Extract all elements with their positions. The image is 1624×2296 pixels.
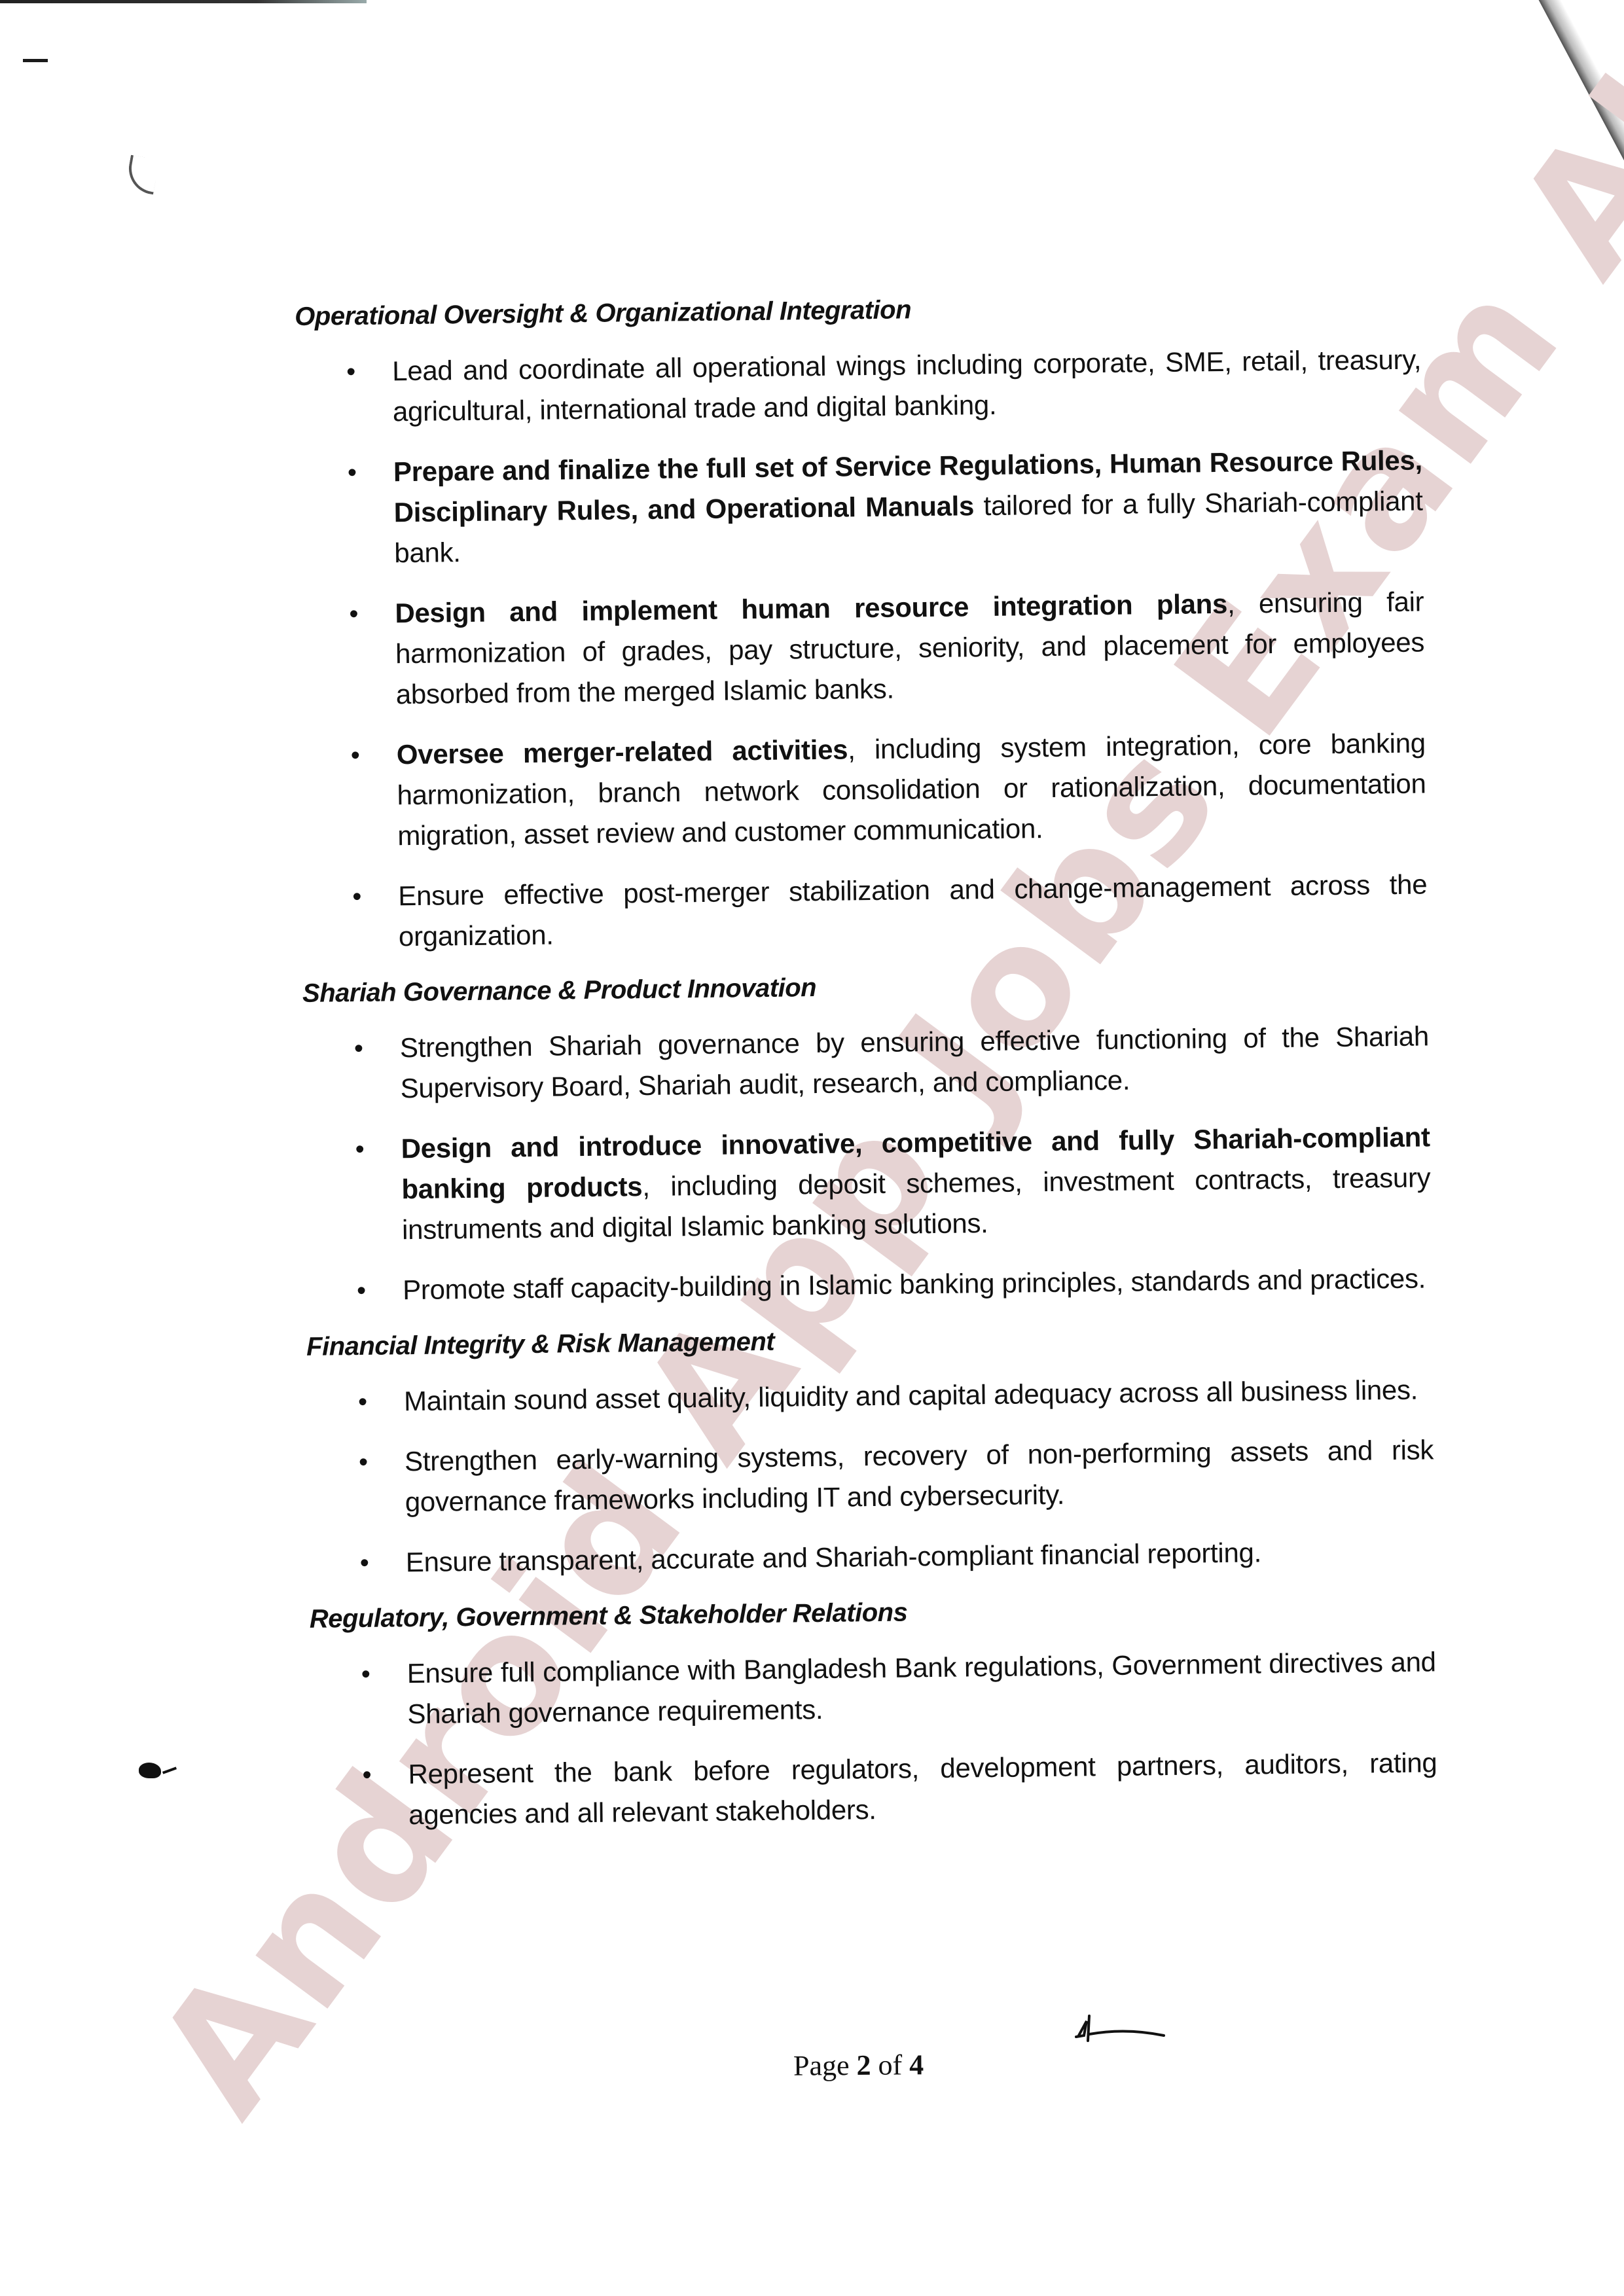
list-item: •Design and introduce innovative, compet…	[304, 1117, 1431, 1251]
of-label: of	[878, 2049, 902, 2081]
section-heading: Regulatory, Government & Stakeholder Rel…	[310, 1590, 1435, 1635]
list-item: •Strengthen early-warning systems, recov…	[308, 1429, 1434, 1524]
scan-edge-top	[0, 0, 367, 3]
list-item-text: Lead and coordinate all operational wing…	[392, 344, 1421, 427]
bullet-icon: •	[352, 876, 361, 917]
page-label: Page	[793, 2049, 850, 2082]
list-item-text: Maintain sound asset quality, liquidity …	[404, 1374, 1418, 1417]
bullet-icon: •	[346, 351, 355, 392]
list-item-text: Ensure full compliance with Bangladesh B…	[407, 1646, 1436, 1729]
bullet-icon: •	[348, 452, 357, 493]
list-item-text: Ensure transparent, accurate and Shariah…	[406, 1537, 1262, 1577]
bullet-icon: •	[351, 735, 360, 776]
section-heading: Operational Oversight & Organizational I…	[295, 288, 1420, 332]
section-heading: Shariah Governance & Product Innovation	[302, 965, 1428, 1009]
section-heading: Financial Integrity & Risk Management	[306, 1318, 1432, 1363]
list-item-text: Promote staff capacity-building in Islam…	[403, 1263, 1426, 1305]
list-item: •Ensure effective post-merger stabilizat…	[301, 864, 1428, 958]
bullet-icon: •	[361, 1654, 370, 1695]
bullet-list: •Lead and coordinate all operational win…	[295, 339, 1428, 958]
list-item: •Strengthen Shariah governance by ensuri…	[303, 1016, 1430, 1110]
ink-blot-mark	[139, 1763, 161, 1778]
list-item-text: Strengthen early-warning systems, recove…	[405, 1434, 1434, 1517]
bullet-list: •Strengthen Shariah governance by ensuri…	[303, 1016, 1432, 1311]
list-item: •Oversee merger-related activities, incl…	[300, 723, 1427, 857]
bullet-icon: •	[355, 1129, 364, 1170]
document-body: Operational Oversight & Organizational I…	[295, 288, 1438, 1856]
bullet-list: •Ensure full compliance with Bangladesh …	[310, 1641, 1437, 1836]
bullet-list: •Maintain sound asset quality, liquidity…	[307, 1369, 1435, 1583]
list-item: •Lead and coordinate all operational win…	[295, 339, 1422, 433]
list-item-text: Ensure effective post-merger stabilizati…	[398, 869, 1427, 952]
bullet-icon: •	[349, 594, 358, 634]
list-item: •Ensure full compliance with Bangladesh …	[310, 1641, 1436, 1736]
current-page: 2	[856, 2049, 871, 2081]
bullet-icon: •	[357, 1270, 366, 1311]
list-item: •Design and implement human resource int…	[298, 581, 1425, 716]
page-number: Page 2 of 4	[793, 2048, 924, 2082]
bullet-icon: •	[362, 1755, 371, 1795]
list-item: •Maintain sound asset quality, liquidity…	[307, 1369, 1434, 1423]
list-item-emphasis: Design and implement human resource inte…	[395, 588, 1227, 628]
list-item: •Represent the bank before regulators, d…	[311, 1742, 1437, 1837]
stray-mark-dash	[23, 59, 48, 62]
list-item: •Prepare and finalize the full set of Se…	[297, 440, 1424, 575]
signature-initial	[1067, 2009, 1165, 2049]
bullet-icon: •	[360, 1543, 369, 1583]
total-pages: 4	[909, 2049, 924, 2081]
stray-mark-curve	[125, 155, 160, 195]
bullet-icon: •	[358, 1382, 367, 1422]
list-item-emphasis: Oversee merger-related activities	[397, 734, 848, 770]
list-item: •Promote staff capacity-building in Isla…	[306, 1258, 1432, 1312]
list-item-text: Represent the bank before regulators, de…	[408, 1747, 1437, 1830]
list-item-text: Strengthen Shariah governance by ensurin…	[400, 1020, 1429, 1103]
list-item: •Ensure transparent, accurate and Sharia…	[309, 1530, 1435, 1584]
bullet-icon: •	[354, 1028, 363, 1069]
bullet-icon: •	[359, 1442, 368, 1482]
